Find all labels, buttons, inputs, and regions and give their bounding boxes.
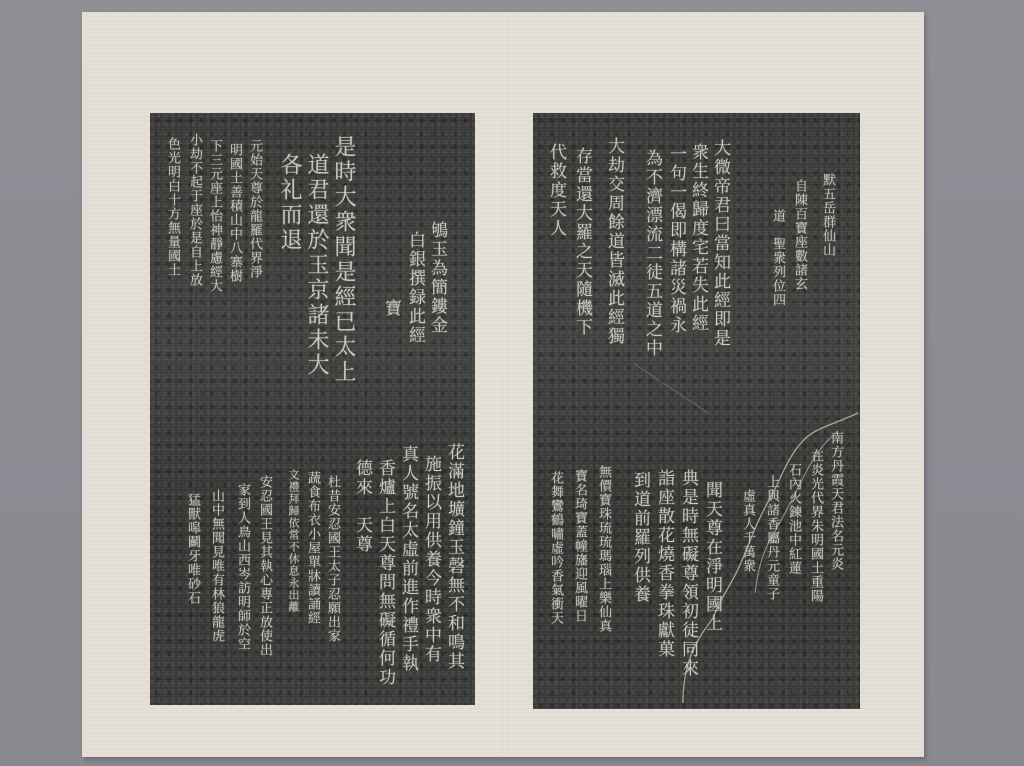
left-side-column-1: 鴝玉為簡鏤金	[428, 221, 445, 335]
left-lower-column-4: 香爐上白天尊問無礙循何功	[376, 459, 393, 687]
right-small-column-2: 道 聖衆列位四	[771, 209, 784, 307]
left-lower-small-column-4: 安忍國王見其執心專正放使出	[258, 475, 271, 657]
right-lower-column-2: 典是時無礙尊領初徒同來	[679, 469, 696, 678]
left-rubbing-panel: 是時大衆聞是經已太上 道君還於玉京諸未大 各礼而退 鴝玉為簡鏤金 白銀撰録此經 …	[150, 113, 475, 705]
right-lower-small-column-1: 南方丹霞天君法名元炎	[829, 431, 842, 571]
right-main-column-7: 代救度天人	[547, 143, 564, 238]
right-lower-small-column-2: 在炎光代界朱明國土重陽	[809, 449, 822, 603]
right-lower-small-column-7: 寶名琦寶蓋幢旛迎風曜日	[573, 469, 586, 623]
right-main-column-2: 衆生終歸度宅若失此經	[689, 143, 706, 333]
left-side-column-2: 白銀撰録此經	[406, 231, 423, 345]
right-lower-column-4: 到道前羅列供養	[631, 471, 648, 604]
left-lower-small-column-1: 杜昔安忍國王太子忍願出家	[326, 475, 339, 643]
left-small-column-2: 明國土善積山中八寨樹	[228, 143, 241, 283]
right-lower-column-1: 聞天尊在淨明國上	[703, 481, 720, 633]
album-leaf-paper: 是時大衆聞是經已太上 道君還於玉京諸未大 各礼而退 鴝玉為簡鏤金 白銀撰録此經 …	[82, 12, 924, 757]
right-main-column-5: 大劫交周餘道皆滅此經獨	[605, 137, 622, 346]
left-lower-small-column-7: 猛獸嗥鬬牙唯砂石	[186, 493, 199, 605]
right-lower-small-column-5: 虛真人千萬衆	[741, 489, 754, 573]
left-lower-column-2: 施振以用供養今時衆中有	[422, 455, 439, 664]
left-small-column-5: 色光明白十方無量國土	[166, 137, 179, 277]
right-lower-small-column-6: 無價寶珠琉琉瑪瑙上樂仙真	[597, 465, 610, 633]
left-main-column-3: 各礼而退	[278, 153, 300, 253]
right-small-column-1: 自陳百寶座數諸玄	[793, 179, 806, 291]
left-small-column-4: 小劫不起于座於是自上放	[188, 133, 201, 287]
right-main-column-4: 為不濟漂流二徒五道之中	[643, 149, 660, 358]
right-lower-small-column-4: 上與諸香屬丹元童子	[765, 475, 778, 601]
left-lower-small-column-5: 家到人鳥山西岑訪明師於空	[236, 483, 249, 651]
left-lower-column-5: 德來 天尊	[353, 459, 370, 554]
right-rubbing-panel: 大微帝君曰當知此經即是 衆生終歸度宅若失此經 一句一偈即構諸災禍永 為不濟漂流二…	[533, 113, 860, 709]
right-main-column-6: 存當還大羅之天隨機下	[573, 147, 590, 337]
left-main-column-2: 道君還於玉京諸未大	[305, 153, 327, 378]
left-main-column-1: 是時大衆聞是經已太上	[332, 135, 354, 385]
right-main-column-3: 一句一偈即構諸災禍永	[667, 145, 684, 335]
right-lower-small-column-3: 石內火鍊池中紅蓮	[787, 463, 800, 575]
right-small-column-3: 默五岳群仙山	[821, 173, 834, 257]
left-lower-small-column-6: 山中無聞見唯有林狼龍虎	[210, 489, 223, 643]
left-side-column-3: 寶	[382, 299, 399, 318]
right-main-column-1: 大微帝君曰當知此經即是	[711, 139, 728, 348]
left-small-column-3: 下三元座上怡神靜慮經大	[208, 139, 221, 293]
left-small-column-1: 元始天尊於龍羅代界淨	[248, 139, 261, 279]
left-lower-column-1: 花滿地壙鐘玉磬無不和鳴其	[445, 443, 462, 671]
center-fold	[503, 12, 505, 757]
left-lower-small-column-3: 文禮拜歸依常不休息永出離	[288, 469, 299, 613]
right-lower-small-column-8: 花舞鸞鶴嘯虛吟香氣衝天	[549, 471, 562, 625]
right-lower-column-3: 詣座散花燒香拳珠獻菓	[655, 469, 672, 659]
left-lower-small-column-2: 蔬食布衣小屋單牀讀誦經	[306, 471, 319, 625]
left-lower-column-3: 真人號名太虛前進作禮手執	[399, 445, 416, 673]
